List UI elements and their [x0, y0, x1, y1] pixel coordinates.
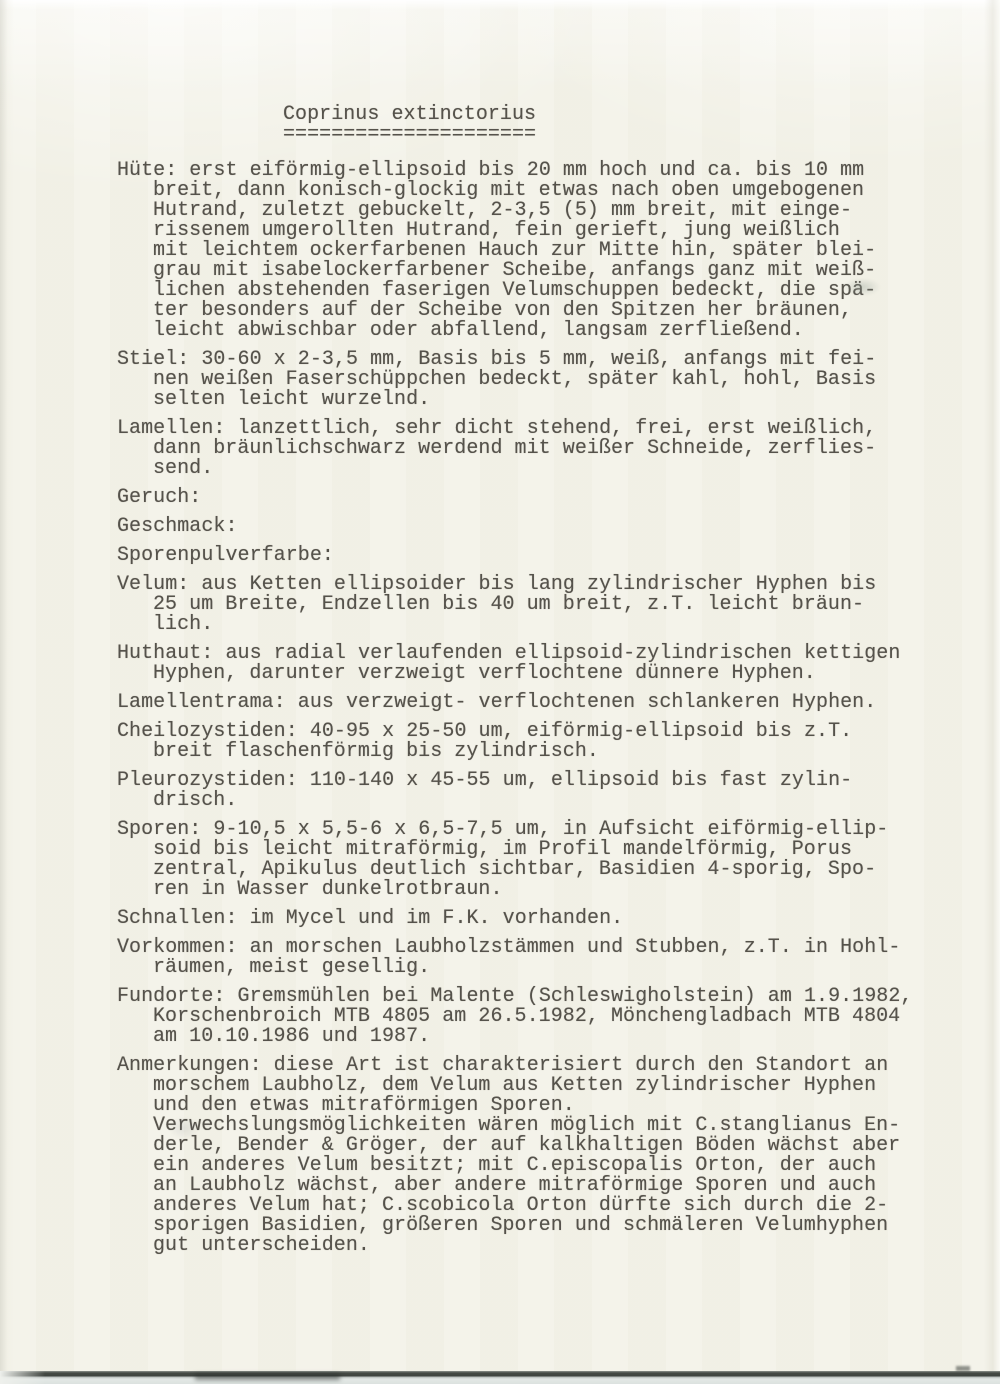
paragraph-line-continuation: am 10.10.1986 und 1987. [117, 1027, 947, 1047]
paper-left-edge [0, 0, 14, 1371]
paragraph: Cheilozystiden: 40-95 x 25-50 um, eiförm… [117, 722, 947, 762]
paragraph: Hüte: erst eiförmig-ellipsoid bis 20 mm … [117, 161, 947, 341]
paragraph-line-continuation: Hutrand, zuletzt gebuckelt, 2-3,5 (5) mm… [117, 201, 947, 221]
paragraph: Lamellen: lanzettlich, sehr dicht stehen… [117, 419, 947, 479]
paragraph: Sporenpulverfarbe: [117, 546, 947, 566]
paragraph-line-first: Schnallen: im Mycel und im F.K. vorhande… [117, 909, 947, 929]
paragraph-line-continuation: und den etwas mitraförmigen Sporen. [117, 1096, 947, 1116]
species-title: Coprinus extinctorius [283, 105, 947, 125]
paragraph-line-continuation: gut unterscheiden. [117, 1236, 947, 1256]
paragraph: Schnallen: im Mycel und im F.K. vorhande… [117, 909, 947, 929]
paragraph: Sporen: 9-10,5 x 5,5-6 x 6,5-7,5 um, in … [117, 820, 947, 900]
bottom-edge-fade [0, 1371, 45, 1384]
paragraph-line-continuation: nen weißen Faserschüppchen bedeckt, spät… [117, 370, 947, 390]
paragraph-line-continuation: sporigen Basidien, größeren Sporen und s… [117, 1216, 947, 1236]
paragraph-line-continuation: lichen abstehenden faserigen Velumschupp… [117, 281, 947, 301]
scan-bottom-edge [0, 1371, 1000, 1384]
paragraph-line-continuation: Hyphen, darunter verzweigt verflochtene … [117, 664, 947, 684]
paragraph-line-first: Lamellentrama: aus verzweigt- verflochte… [117, 693, 947, 713]
paragraph-line-continuation: leicht abwischbar oder abfallend, langsa… [117, 321, 947, 341]
title-underline: ===================== [283, 125, 947, 145]
paragraph-line-first: Cheilozystiden: 40-95 x 25-50 um, eiförm… [117, 722, 947, 742]
paragraph-line-continuation: mit leichtem ockerfarbenen Hauch zur Mit… [117, 241, 947, 261]
paragraph-line-first: Sporenpulverfarbe: [117, 546, 947, 566]
document-text: Coprinus extinctorius ==================… [117, 105, 947, 1256]
paragraph-line-continuation: dann bräunlichschwarz werdend mit weißer… [117, 439, 947, 459]
paragraphs: Hüte: erst eiförmig-ellipsoid bis 20 mm … [117, 161, 947, 1256]
paragraph: Vorkommen: an morschen Laubholzstämmen u… [117, 938, 947, 978]
paragraph-line-first: Velum: aus Ketten ellipsoider bis lang z… [117, 575, 947, 595]
paragraph-line-continuation: anderes Velum hat; C.scobicola Orton dür… [117, 1196, 947, 1216]
paragraph-line-continuation: drisch. [117, 791, 947, 811]
paragraph-line-continuation: zentral, Apikulus deutlich sichtbar, Bas… [117, 860, 947, 880]
paragraph-line-first: Vorkommen: an morschen Laubholzstämmen u… [117, 938, 947, 958]
paragraph-line-first: Anmerkungen: diese Art ist charakterisie… [117, 1056, 947, 1076]
paragraph: Lamellentrama: aus verzweigt- verflochte… [117, 693, 947, 713]
paragraph-line-continuation: ein anderes Velum besitzt; mit C.episcop… [117, 1156, 947, 1176]
paragraph: Velum: aus Ketten ellipsoider bis lang z… [117, 575, 947, 635]
paragraph: Geschmack: [117, 517, 947, 537]
paragraph: Fundorte: Gremsmühlen bei Malente (Schle… [117, 987, 947, 1047]
paragraph-line-continuation: soid bis leicht mitraförmig, im Profil m… [117, 840, 947, 860]
paragraph-line-first: Sporen: 9-10,5 x 5,5-6 x 6,5-7,5 um, in … [117, 820, 947, 840]
paragraph-line-first: Lamellen: lanzettlich, sehr dicht stehen… [117, 419, 947, 439]
paragraph-line-first: Huthaut: aus radial verlaufenden ellipso… [117, 644, 947, 664]
paragraph: Anmerkungen: diese Art ist charakterisie… [117, 1056, 947, 1256]
paragraph-line-first: Geruch: [117, 488, 947, 508]
paragraph: Stiel: 30-60 x 2-3,5 mm, Basis bis 5 mm,… [117, 350, 947, 410]
paragraph-line-first: Stiel: 30-60 x 2-3,5 mm, Basis bis 5 mm,… [117, 350, 947, 370]
paragraph-line-continuation: breit, dann konisch-glockig mit etwas na… [117, 181, 947, 201]
paragraph-line-continuation: morschem Laubholz, dem Velum aus Ketten … [117, 1076, 947, 1096]
paragraph-line-continuation: lich. [117, 615, 947, 635]
scan-speck [956, 1366, 970, 1371]
paragraph-line-first: Pleurozystiden: 110-140 x 45-55 um, elli… [117, 771, 947, 791]
paragraph-line-continuation: ren in Wasser dunkelrotbraun. [117, 880, 947, 900]
paragraph-line-continuation: an Laubholz wächst, aber andere mitraför… [117, 1176, 947, 1196]
paragraph-line-first: Hüte: erst eiförmig-ellipsoid bis 20 mm … [117, 161, 947, 181]
paper-top-edge [0, 0, 1000, 10]
bottom-edge-smear [195, 1374, 340, 1380]
paragraph-line-first: Geschmack: [117, 517, 947, 537]
paragraph-line-continuation: ter besonders auf der Scheibe von den Sp… [117, 301, 947, 321]
paragraph-line-continuation: 25 um Breite, Endzellen bis 40 um breit,… [117, 595, 947, 615]
paragraph-line-continuation: selten leicht wurzelnd. [117, 390, 947, 410]
paragraph-line-continuation: Verwechslungsmöglichkeiten wären möglich… [117, 1116, 947, 1136]
paragraph-line-continuation: räumen, meist gesellig. [117, 958, 947, 978]
paragraph-line-first: Fundorte: Gremsmühlen bei Malente (Schle… [117, 987, 947, 1007]
paragraph-line-continuation: rissenem umgerollten Hutrand, fein gerie… [117, 221, 947, 241]
paragraph-line-continuation: breit flaschenförmig bis zylindrisch. [117, 742, 947, 762]
paper-right-edge [984, 0, 1000, 1371]
paragraph-line-continuation: send. [117, 459, 947, 479]
paragraph: Pleurozystiden: 110-140 x 45-55 um, elli… [117, 771, 947, 811]
paragraph-line-continuation: grau mit isabelockerfarbener Scheibe, an… [117, 261, 947, 281]
paragraph: Huthaut: aus radial verlaufenden ellipso… [117, 644, 947, 684]
paper-sheet: Coprinus extinctorius ==================… [0, 0, 1000, 1371]
paragraph-line-continuation: derle, Bender & Gröger, der auf kalkhalt… [117, 1136, 947, 1156]
paragraph-line-continuation: Korschenbroich MTB 4805 am 26.5.1982, Mö… [117, 1007, 947, 1027]
paragraph: Geruch: [117, 488, 947, 508]
